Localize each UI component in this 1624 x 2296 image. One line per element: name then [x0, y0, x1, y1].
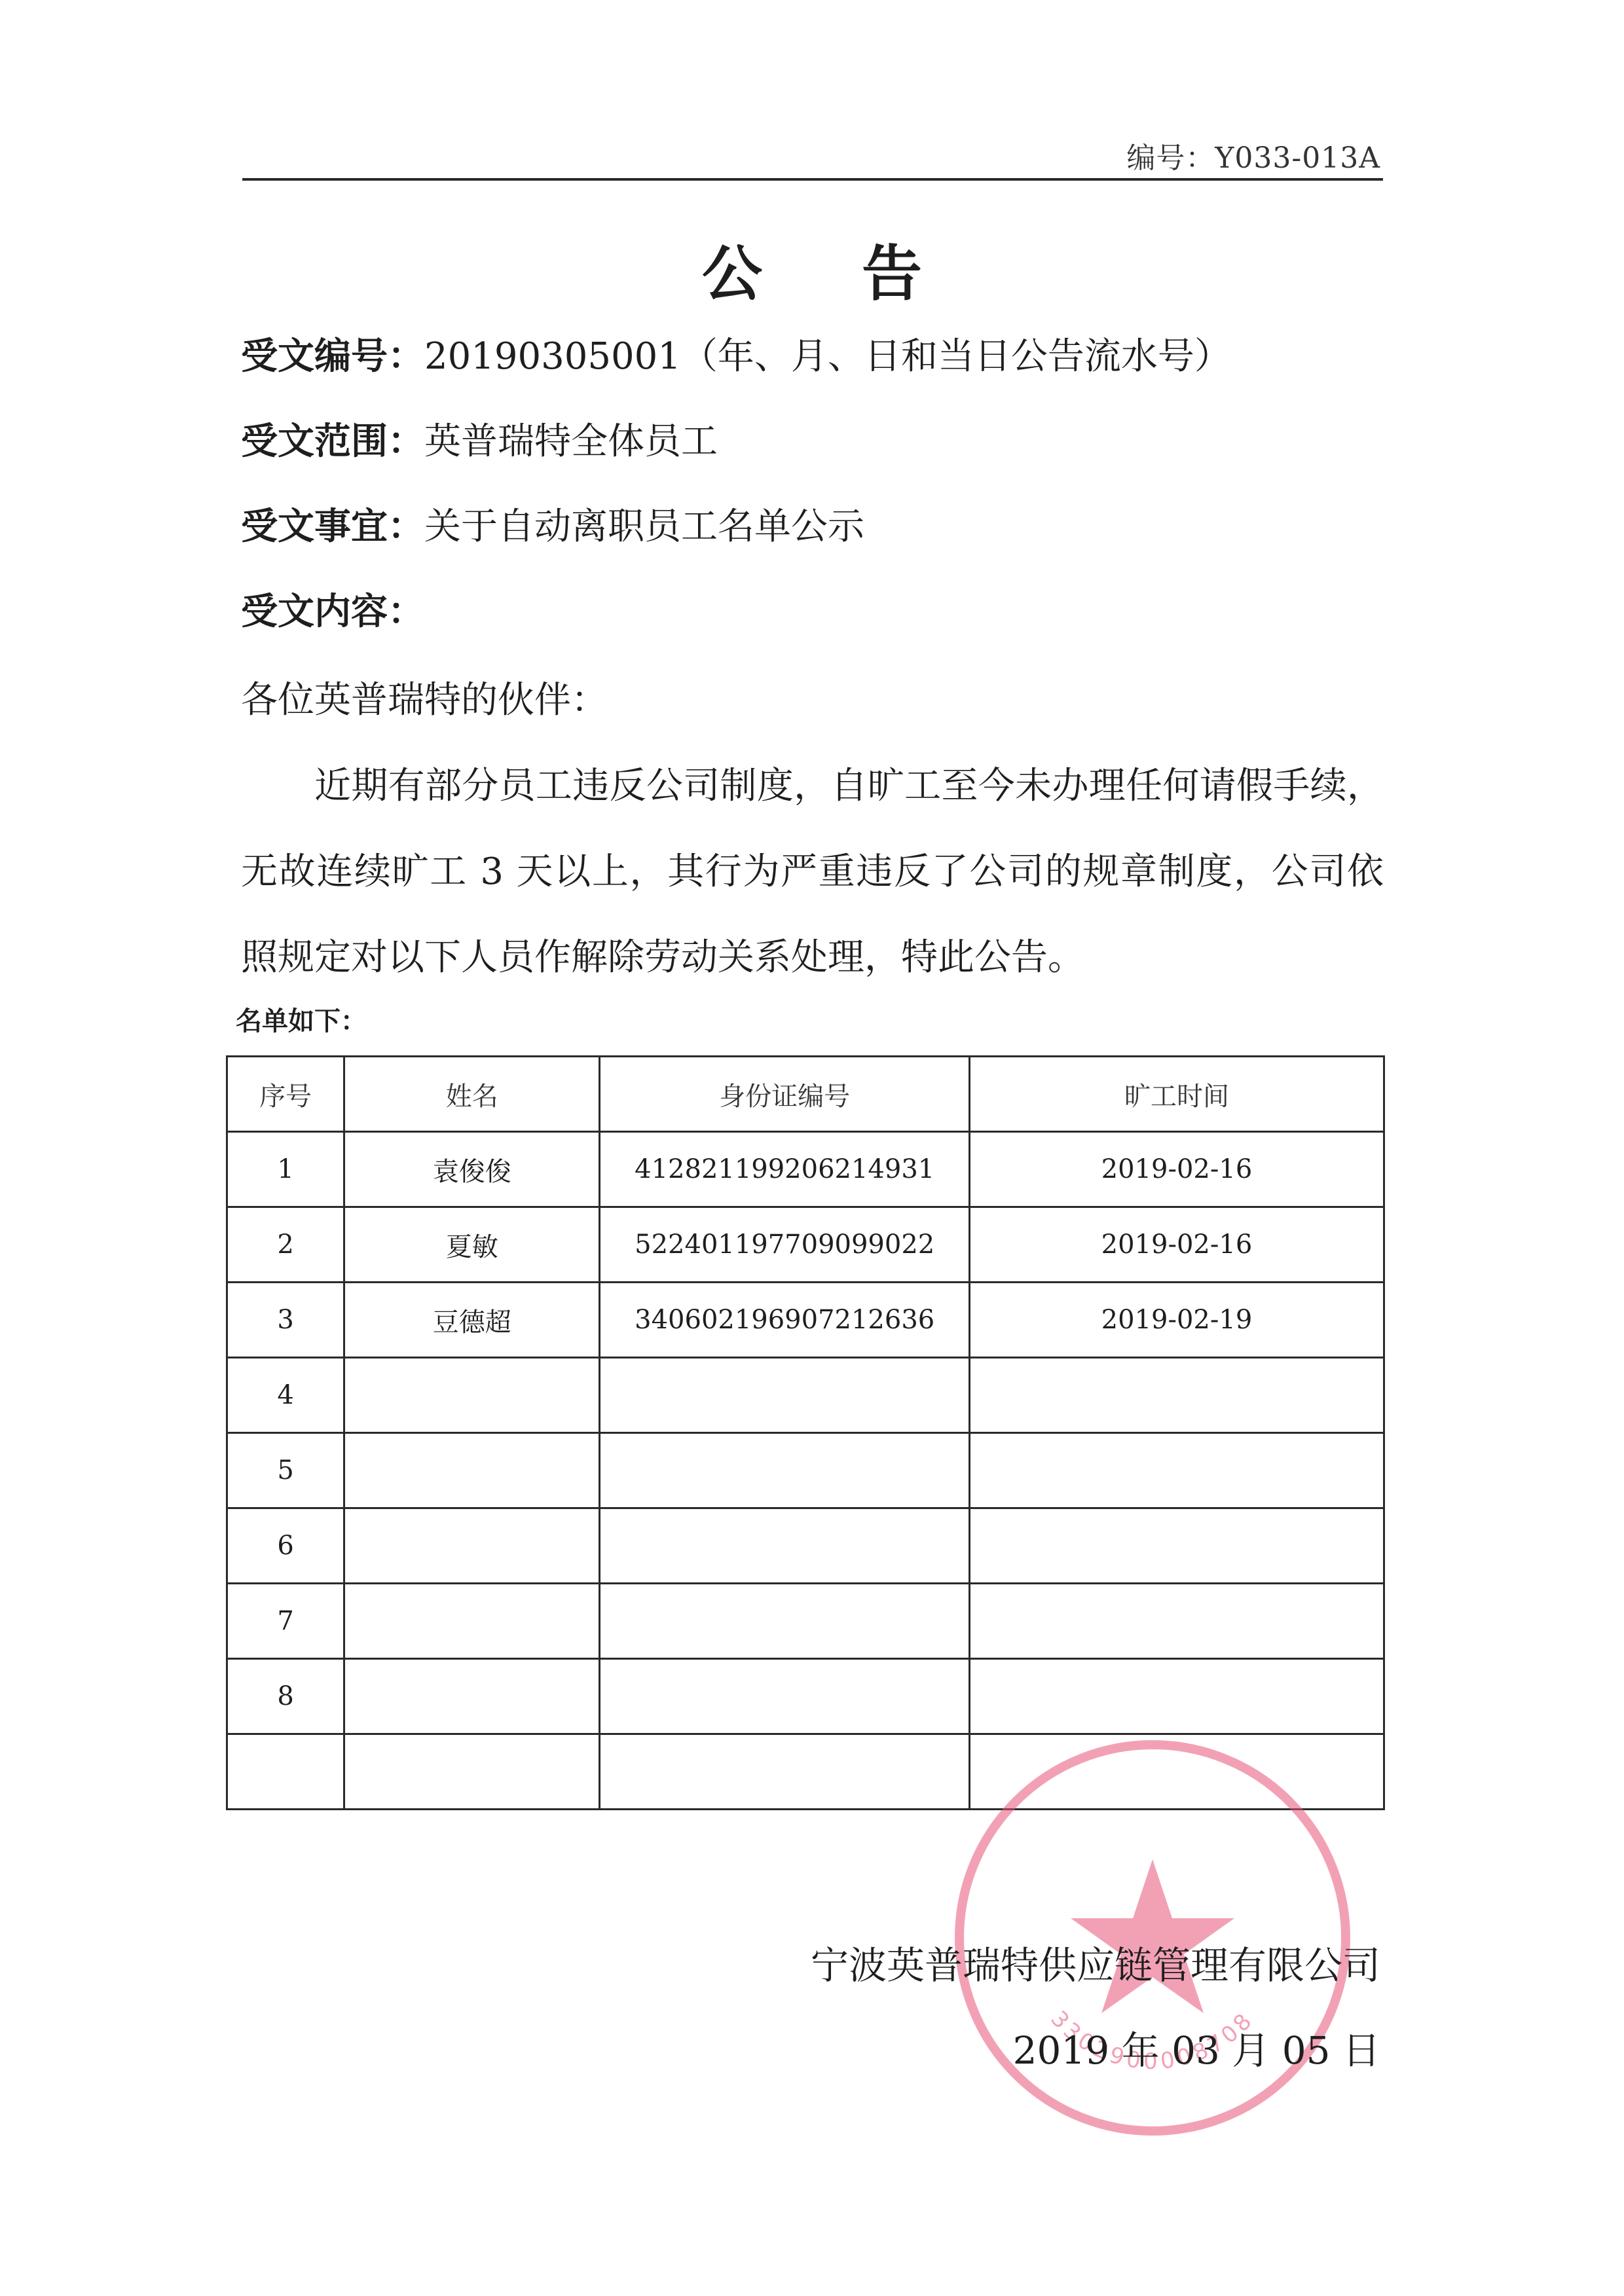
cell-name: 夏敏	[344, 1207, 600, 1283]
table-row: 5	[227, 1433, 1384, 1508]
list-label: 名单如下：	[236, 1000, 367, 1038]
cell-seq: 3	[227, 1283, 344, 1358]
field-content: 受文内容：	[241, 583, 424, 635]
cell-id-number: 412821199206214931	[600, 1132, 970, 1207]
body-paragraph: 近期有部分员工违反公司制度，自旷工至今未办理任何请假手续，无故连续旷工 3 天以…	[241, 743, 1384, 1000]
field-doc-number: 受文编号：20190305001（年、月、日和当日公告流水号）	[241, 327, 1231, 380]
header-divider	[242, 178, 1383, 181]
header-name: 姓名	[344, 1057, 600, 1132]
cell-seq	[227, 1734, 344, 1810]
field-value: 20190305001（年、月、日和当日公告流水号）	[424, 335, 1231, 378]
cell-seq: 6	[227, 1508, 344, 1584]
field-label: 受文事宜：	[241, 505, 424, 548]
table-row: 8	[227, 1659, 1384, 1734]
table-row: 6	[227, 1508, 1384, 1584]
cell-name: 袁俊俊	[344, 1132, 600, 1207]
table-row: 4	[227, 1358, 1384, 1433]
field-label: 受文编号：	[241, 335, 424, 378]
page-title: 公 告	[0, 226, 1624, 312]
cell-name	[344, 1508, 600, 1584]
table-row: 1 袁俊俊 412821199206214931 2019-02-16	[227, 1132, 1384, 1207]
cell-seq: 4	[227, 1358, 344, 1433]
cell-absent-date: 2019-02-16	[969, 1132, 1384, 1207]
field-subject: 受文事宜：关于自动离职员工名单公示	[241, 498, 864, 550]
cell-seq: 2	[227, 1207, 344, 1283]
employee-roster-table: 序号 姓名 身份证编号 旷工时间 1 袁俊俊 41282119920621493…	[226, 1055, 1385, 1810]
document-code-label: 编号：	[1126, 141, 1215, 175]
table-header-row: 序号 姓名 身份证编号 旷工时间	[227, 1057, 1384, 1132]
greeting: 各位英普瑞特的伙伴：	[241, 671, 608, 723]
cell-absent-date	[969, 1508, 1384, 1584]
cell-id-number	[600, 1584, 970, 1659]
cell-name	[344, 1659, 600, 1734]
cell-id-number	[600, 1734, 970, 1810]
cell-absent-date: 2019-02-19	[969, 1283, 1384, 1358]
signature-date: 2019 年 03 月 05 日	[1013, 2020, 1380, 2075]
cell-id-number: 340602196907212636	[600, 1283, 970, 1358]
field-value: 关于自动离职员工名单公示	[424, 505, 864, 548]
cell-id-number	[600, 1433, 970, 1508]
field-label: 受文内容：	[241, 591, 424, 633]
cell-name	[344, 1734, 600, 1810]
cell-name	[344, 1358, 600, 1433]
header-absent-date: 旷工时间	[969, 1057, 1384, 1132]
cell-absent-date	[969, 1358, 1384, 1433]
field-scope: 受文范围：英普瑞特全体员工	[241, 412, 718, 465]
cell-absent-date: 2019-02-16	[969, 1207, 1384, 1283]
cell-name	[344, 1584, 600, 1659]
header-seq: 序号	[227, 1057, 344, 1132]
field-value: 英普瑞特全体员工	[424, 420, 718, 463]
field-label: 受文范围：	[241, 420, 424, 463]
table-row: 2 夏敏 522401197709099022 2019-02-16	[227, 1207, 1384, 1283]
document-code-value: Y033-013A	[1215, 141, 1380, 175]
cell-seq: 1	[227, 1132, 344, 1207]
table-row: 7	[227, 1584, 1384, 1659]
header-id-number: 身份证编号	[600, 1057, 970, 1132]
cell-id-number	[600, 1358, 970, 1433]
cell-id-number: 522401197709099022	[600, 1207, 970, 1283]
cell-absent-date	[969, 1734, 1384, 1810]
document-code: 编号：Y033-013A	[1126, 134, 1380, 176]
table-row: 3 豆德超 340602196907212636 2019-02-19	[227, 1283, 1384, 1358]
cell-seq: 7	[227, 1584, 344, 1659]
table-row	[227, 1734, 1384, 1810]
cell-seq: 5	[227, 1433, 344, 1508]
cell-absent-date	[969, 1433, 1384, 1508]
cell-name	[344, 1433, 600, 1508]
cell-id-number	[600, 1508, 970, 1584]
signature-company: 宁波英普瑞特供应链管理有限公司	[811, 1935, 1380, 1990]
cell-absent-date	[969, 1659, 1384, 1734]
cell-seq: 8	[227, 1659, 344, 1734]
cell-name: 豆德超	[344, 1283, 600, 1358]
cell-absent-date	[969, 1584, 1384, 1659]
cell-id-number	[600, 1659, 970, 1734]
